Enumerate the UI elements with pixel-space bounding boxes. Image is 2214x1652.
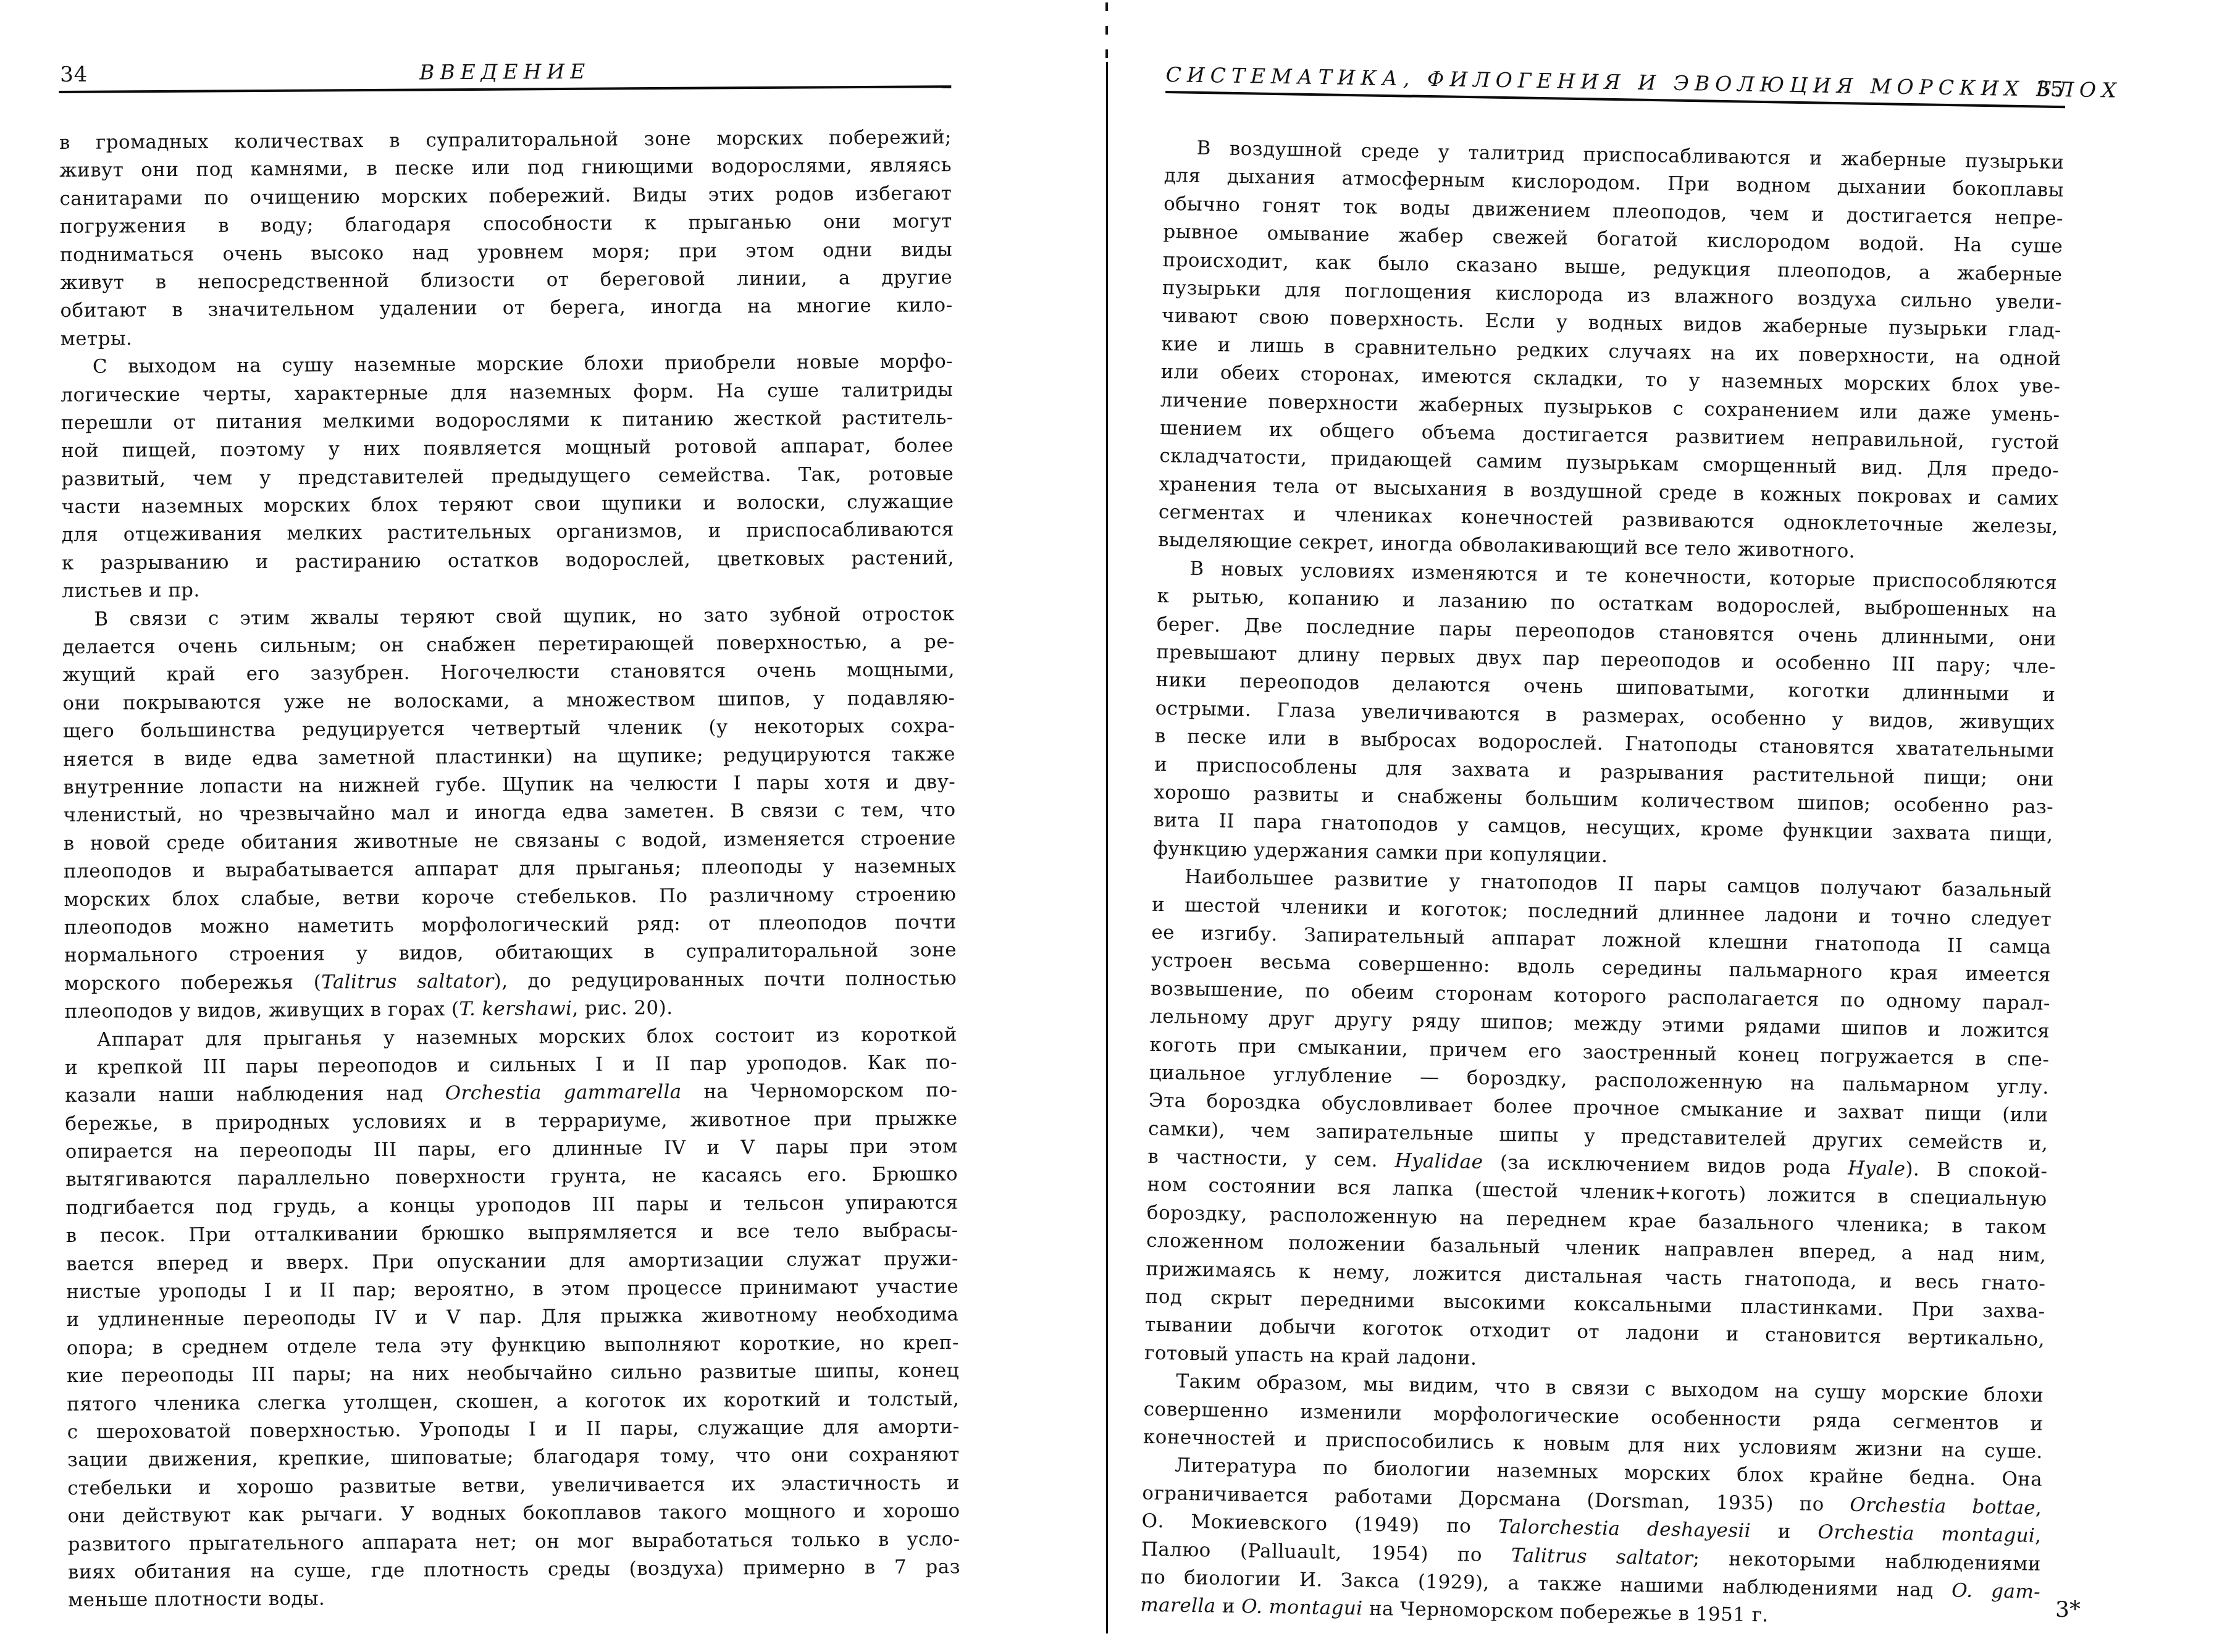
text-line: морского побережья (Talitrus saltator), … xyxy=(64,965,957,998)
text-line: кие переоподы III пары; на них необычайн… xyxy=(67,1357,959,1390)
running-title-left: ВВЕДЕНИЕ xyxy=(59,57,951,86)
page-right-body: В воздушной среде у талитрид приспосабли… xyxy=(1140,93,2065,1635)
text-line: щего большинства редуцируется четвертый … xyxy=(63,712,955,745)
page-left: 34 ВВЕДЕНИЕ в громадных количествах в су… xyxy=(59,53,960,1614)
text-line: С выходом на сушу наземные морские блохи… xyxy=(61,348,953,381)
gutter-line xyxy=(1106,62,1108,1633)
text-line: к разрыванию и растиранию остатков водор… xyxy=(62,544,954,577)
page-left-body: в громадных количествах в супралиторальн… xyxy=(59,88,960,1614)
gutter-dashes xyxy=(1105,2,1108,62)
page-left-header: 34 ВВЕДЕНИЕ xyxy=(59,53,951,91)
text-line: плеоподов и вырабатывается аппарат для п… xyxy=(64,852,956,886)
text-line: обитают в значительном удалении от берег… xyxy=(60,292,952,325)
book-spread: 34 ВВЕДЕНИЕ в громадных количествах в су… xyxy=(0,0,2214,1652)
text-line: погружения в воду; благодаря способности… xyxy=(60,208,952,241)
signature-mark: 3* xyxy=(2055,1597,2081,1622)
page-right: СИСТЕМАТИКА, ФИЛОГЕНИЯ И ЭВОЛЮЦИЯ МОРСКИ… xyxy=(1140,59,2066,1635)
text-line: они действуют как рычаги. У водных бокоп… xyxy=(67,1497,960,1530)
text-line: виях обитания на суше, где плотность сре… xyxy=(68,1553,960,1587)
page-number-right: 35 xyxy=(2036,77,2065,102)
text-line: меньше плотности воды. xyxy=(68,1581,960,1614)
